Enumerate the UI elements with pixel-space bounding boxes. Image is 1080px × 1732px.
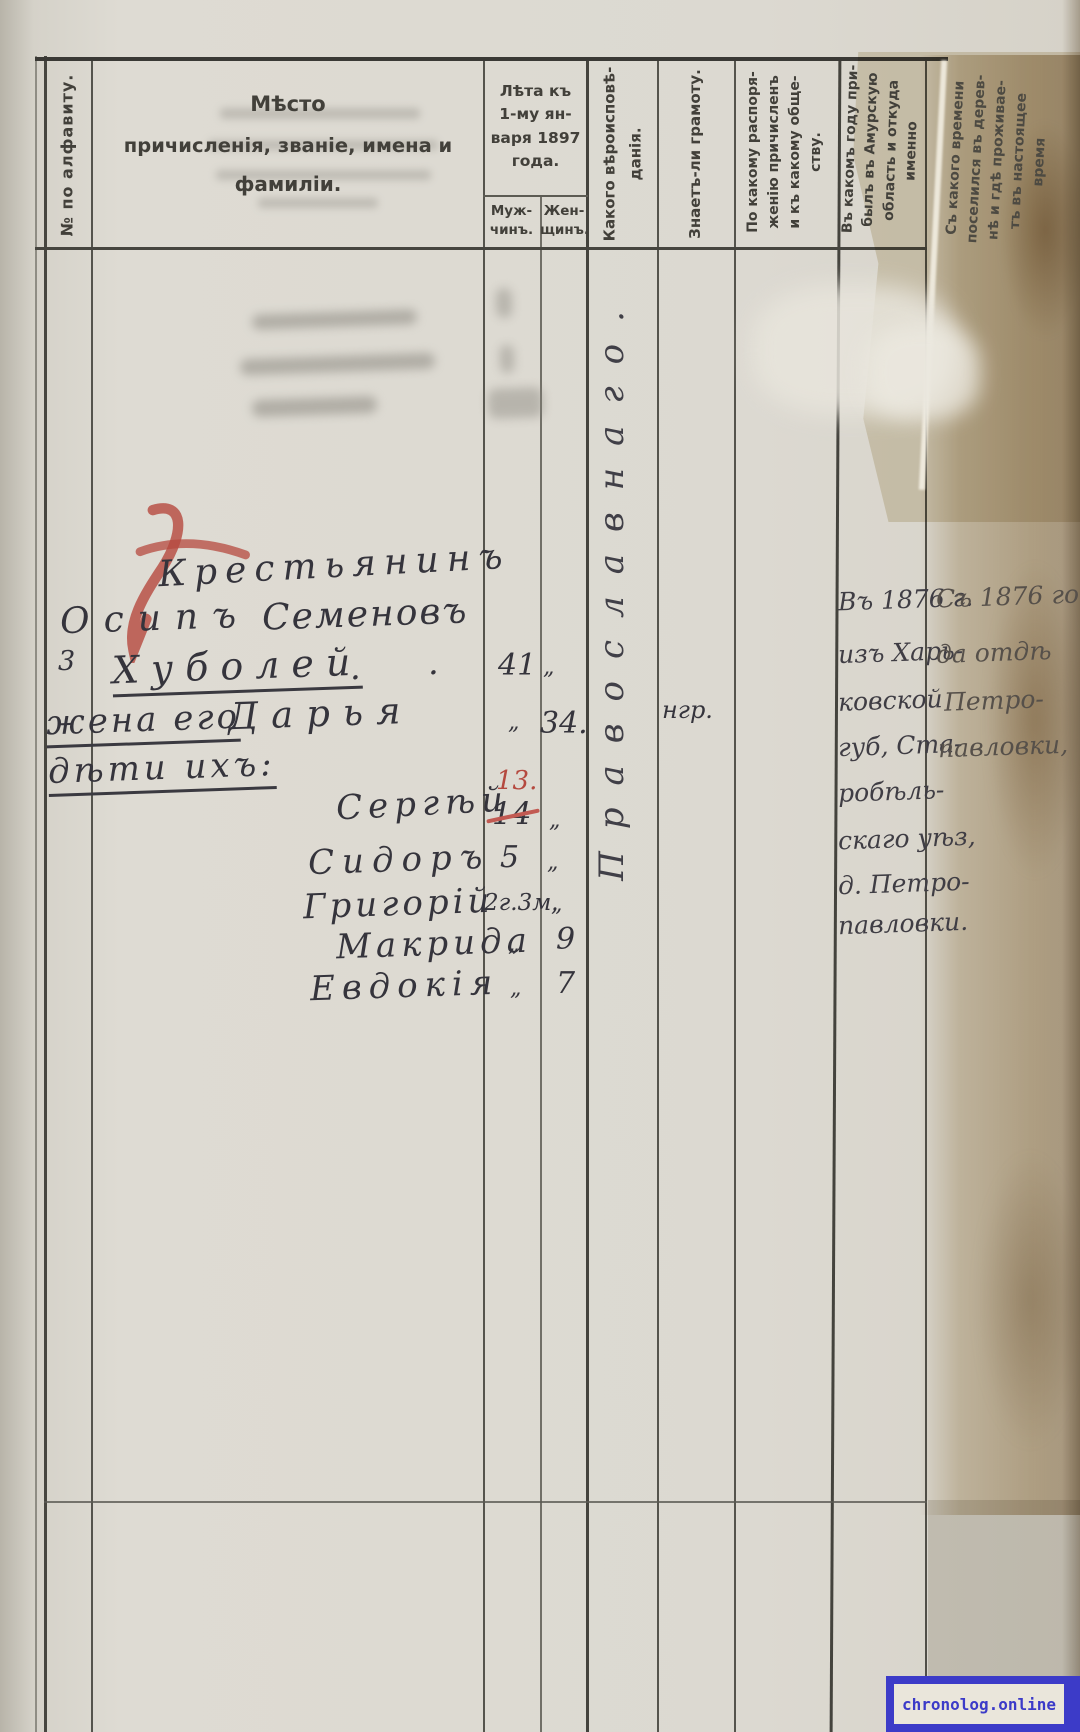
age-header-line: варя 1897 <box>483 127 588 150</box>
wife-age-male-ditto: „ <box>508 710 519 735</box>
order-header-line: ству. <box>806 71 827 233</box>
arrived-line: павловки. <box>838 907 969 941</box>
child-age-female: 7 <box>556 966 575 1001</box>
column-header-arrived: Въ какомъ году при- былъ въ Амурскую обл… <box>837 64 924 235</box>
male-header-line: чинъ. <box>483 221 540 240</box>
surname-dot: . <box>428 643 439 683</box>
column-header-order: По какому распоря- женію причисленъ и къ… <box>743 71 827 233</box>
entry-patronymic: Семеновъ <box>261 590 469 638</box>
column-header-male: Муж- чинъ. <box>483 202 540 240</box>
faith-header-line: Какого вѣроисповѣ- <box>598 67 624 242</box>
column-header-female: Жен- щинъ. <box>540 202 588 240</box>
wife-label: жена его <box>45 697 240 744</box>
female-header-line: Жен- <box>540 202 588 221</box>
arrived-line: ковской <box>838 684 944 717</box>
child-age-corrected: 13. <box>496 766 537 796</box>
order-header-line: и къ какому обще- <box>785 71 806 233</box>
head-age-female-ditto: „ <box>543 655 554 680</box>
child-age-male: 5 <box>500 840 519 875</box>
child-age-female: 9 <box>556 922 575 957</box>
child-age-female-ditto: „ <box>549 808 560 833</box>
arrived-line: д. Петро- <box>838 867 970 901</box>
entry-surname: Хуболей <box>111 640 363 693</box>
redacted-age-mark <box>500 345 515 373</box>
redacted-age-mark <box>495 288 512 319</box>
child-name: Макрида <box>335 921 532 968</box>
head-age-male: 41 <box>498 648 536 683</box>
redacted-entry-line <box>252 396 378 417</box>
literacy-entry: нгр. <box>662 696 713 724</box>
surname-dot: . <box>350 648 361 688</box>
column-header-place-line3: фамиліи. <box>92 172 484 196</box>
column-header-place-line2: причисленія, званіе, имена и <box>92 134 484 157</box>
child-age-female-ditto: „ <box>547 850 558 875</box>
column-header-place-line1: Мѣсто <box>92 92 484 116</box>
watermark-text: chronolog.online <box>902 1695 1056 1714</box>
child-age-male: 2г.3м. <box>484 890 559 916</box>
redacted-entry-line <box>240 353 435 376</box>
entry-surname-text: Хуболей <box>111 640 363 698</box>
redacted-smudge <box>865 325 980 420</box>
table-line-vertical <box>734 60 736 1732</box>
table-line-vertical <box>91 60 93 1732</box>
children-label-text: дѣти ихъ: <box>47 744 276 797</box>
census-register-page: № по алфавиту. Мѣсто причисленія, званіе… <box>0 0 1080 1732</box>
table-line-vertical <box>657 60 659 1732</box>
wife-label-text: жена его <box>45 697 240 749</box>
faith-header-line: данія. <box>623 67 649 242</box>
column-header-age: Лѣта къ 1-му ян- варя 1897 года. <box>483 80 588 173</box>
arrived-line: робѣль- <box>838 775 945 808</box>
order-header-line: женію причисленъ <box>764 71 785 233</box>
wife-age-female: 34. <box>540 706 588 741</box>
table-header-bottom-line <box>35 247 927 250</box>
watermark-inner: chronolog.online <box>894 1684 1064 1724</box>
child-name: Евдокія <box>309 963 500 1010</box>
settled-line: Петро- <box>944 684 1045 716</box>
faith-entry: Православнаго. <box>592 289 632 881</box>
table-border-left-inner <box>44 56 47 1732</box>
male-header-line: Муж- <box>483 202 540 221</box>
redacted-age-mark <box>487 387 543 419</box>
show-through-text <box>258 198 378 208</box>
row-separator-line <box>44 1501 927 1503</box>
entry-first-name: Осипъ <box>59 595 250 643</box>
female-header-line: щинъ. <box>540 221 588 240</box>
settled-line: Съ 1876 го <box>936 580 1080 614</box>
settled-line: да отдѣ <box>936 636 1052 669</box>
entry-row-number: 3 <box>58 646 75 677</box>
age-header-line: года. <box>483 150 588 173</box>
child-age-male-ditto: „ <box>510 976 521 1001</box>
column-header-number: № по алфавиту. <box>58 74 77 237</box>
redacted-entry-line <box>252 309 417 330</box>
child-age-male-ditto: „ <box>508 932 519 957</box>
age-header-line: 1-му ян- <box>483 103 588 126</box>
child-name: Сидоръ <box>307 837 491 883</box>
column-header-settled: Съ какого времени поселился въ дерев- нѣ… <box>941 73 1055 247</box>
children-label: дѣти ихъ: <box>47 744 276 792</box>
settled-line: павловки, <box>938 730 1069 764</box>
order-header-line: По какому распоря- <box>743 71 764 233</box>
age-subcolumn-split-line <box>483 195 588 197</box>
child-age-female-ditto: „ <box>551 892 562 917</box>
column-header-literacy: Знаетъ-ли грамоту. <box>686 69 704 239</box>
table-line-vertical <box>586 60 589 1732</box>
watermark-box: chronolog.online <box>886 1676 1080 1732</box>
table-border-top <box>35 57 948 61</box>
table-border-left-outer <box>35 56 37 1732</box>
column-header-faith: Какого вѣроисповѣ- данія. <box>598 67 649 242</box>
age-header-line: Лѣта къ <box>483 80 588 103</box>
page-edge-shadow <box>1062 0 1080 1732</box>
arrived-line: скаго уѣз, <box>838 822 977 856</box>
child-name: Григорій <box>302 881 494 928</box>
wife-name: Дарья <box>227 689 414 738</box>
